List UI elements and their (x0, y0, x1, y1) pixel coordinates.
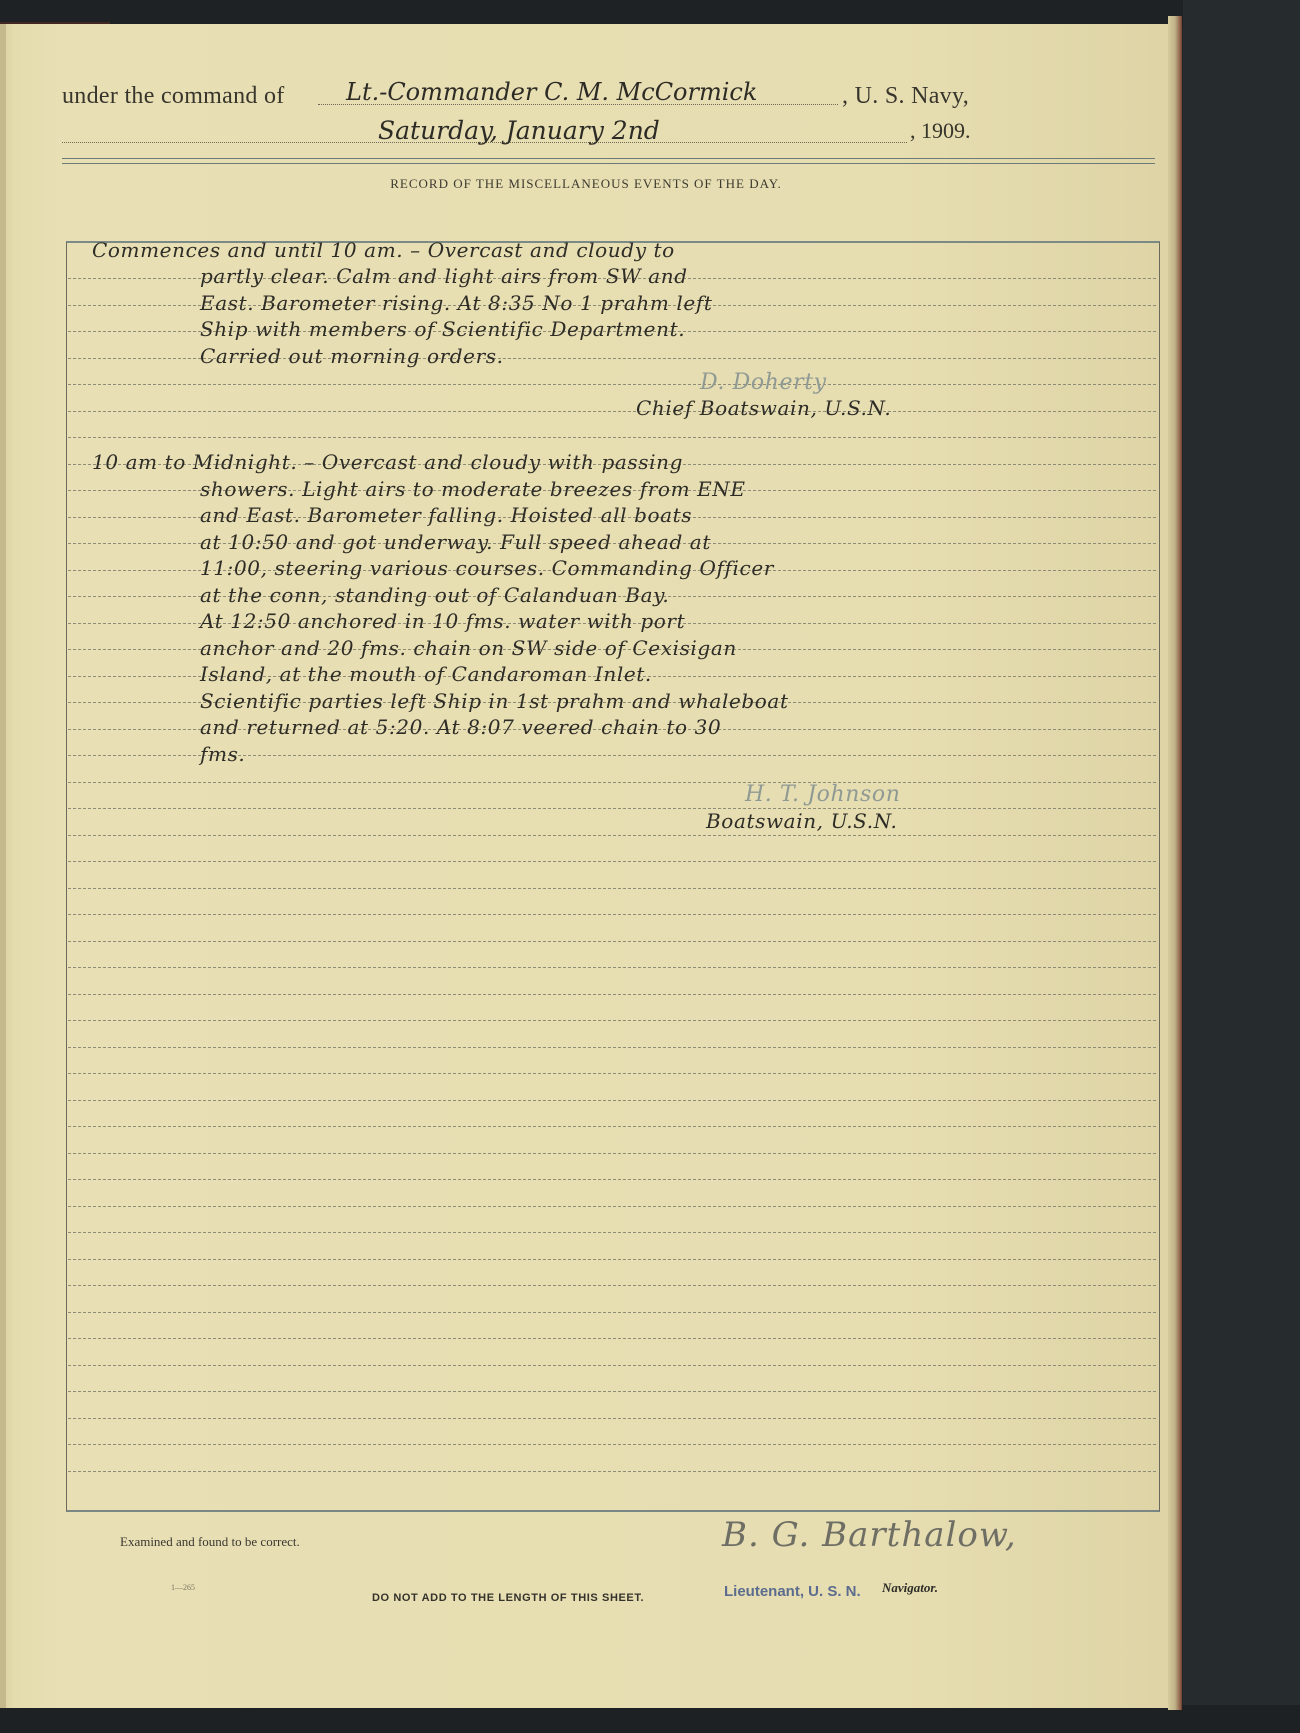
entry-2-line-4: at 10:50 and got underway. Full speed ah… (200, 530, 711, 554)
ruled-line (68, 437, 1156, 438)
entry-2-signature: H. T. Johnson (745, 782, 901, 807)
entry-2-line-9: Island, at the mouth of Candaroman Inlet… (200, 662, 652, 686)
ruled-line (68, 941, 1156, 942)
entry-2-line-5: 11:00, steering various courses. Command… (200, 556, 774, 580)
background-top (0, 0, 1300, 26)
ruled-line (68, 1418, 1156, 1419)
command-prefix: under the command of (62, 83, 285, 110)
entry-1-line-3: East. Barometer rising. At 8:35 No 1 pra… (200, 291, 712, 315)
entry-2-line-6: at the conn, standing out of Calanduan B… (200, 583, 669, 607)
ruled-line (68, 1153, 1156, 1154)
page-spine (0, 24, 6, 1708)
navigator-role: Navigator. (882, 1580, 938, 1596)
ruled-line (68, 1073, 1156, 1074)
entry-2-line-3: and East. Barometer falling. Hoisted all… (200, 503, 692, 527)
entry-1-signature: D. Doherty (700, 370, 827, 395)
ruled-line (68, 1312, 1156, 1313)
ruled-line (68, 1259, 1156, 1260)
ruled-line (68, 411, 1156, 412)
ruled-line (68, 384, 1156, 385)
ruled-line (68, 1285, 1156, 1286)
ruled-line (68, 861, 1156, 862)
events-box (66, 241, 1160, 1512)
entry-1-line-2: partly clear. Calm and light airs from S… (200, 264, 688, 288)
ruled-line (68, 1126, 1156, 1127)
entry-2-line-11: and returned at 5:20. At 8:07 veered cha… (200, 715, 721, 739)
section-title: RECORD OF THE MISCELLANEOUS EVENTS OF TH… (0, 176, 1172, 192)
entry-2-line-8: anchor and 20 fms. chain on SW side of C… (200, 636, 737, 660)
ruled-line (68, 967, 1156, 968)
ruled-line (68, 1338, 1156, 1339)
ruled-line (68, 782, 1156, 783)
ruled-line (68, 914, 1156, 915)
ruled-line (68, 888, 1156, 889)
rank-stamp: Lieutenant, U. S. N. (724, 1583, 861, 1600)
ruled-line (68, 1391, 1156, 1392)
form-number: 1—265 (171, 1583, 195, 1592)
navigator-signature: B. G. Barthalow, (722, 1515, 1017, 1555)
entry-2-signer-title: Boatswain, U.S.N. (706, 809, 898, 833)
commander-name: Lt.-Commander C. M. McCormick (346, 78, 757, 106)
ruled-line (68, 1100, 1156, 1101)
header-double-rule (62, 158, 1155, 164)
page-edge (1168, 16, 1182, 1710)
entry-2-line-7: At 12:50 anchored in 10 fms. water with … (200, 609, 685, 633)
ruled-line (68, 994, 1156, 995)
entry-2-line-1: 10 am to Midnight. – Overcast and cloudy… (92, 450, 683, 474)
ruled-line (68, 1020, 1156, 1021)
length-notice: DO NOT ADD TO THE LENGTH OF THIS SHEET. (372, 1592, 644, 1604)
navy-suffix: , U. S. Navy, (842, 83, 969, 110)
date-handwritten: Saturday, January 2nd (378, 116, 660, 145)
entry-2-line-12: fms. (200, 742, 245, 766)
ruled-line (68, 1047, 1156, 1048)
ruled-line (68, 1365, 1156, 1366)
background-bottom (0, 1705, 1300, 1733)
ruled-line (68, 1444, 1156, 1445)
entry-2-line-2: showers. Light airs to moderate breezes … (200, 477, 746, 501)
ruled-line (68, 1471, 1156, 1472)
ruled-line (68, 1206, 1156, 1207)
entry-1-line-4: Ship with members of Scientific Departme… (200, 317, 685, 341)
entry-1-line-5: Carried out morning orders. (200, 344, 504, 368)
ruled-line (68, 1232, 1156, 1233)
background-right (1183, 0, 1300, 1733)
ruled-line (68, 835, 1156, 836)
entry-1-line-1: Commences and until 10 am. – Overcast an… (92, 238, 675, 262)
examined-statement: Examined and found to be correct. (120, 1534, 300, 1550)
entry-1-signer-title: Chief Boatswain, U.S.N. (636, 396, 891, 420)
year: , 1909. (910, 118, 971, 144)
ruled-line (68, 1179, 1156, 1180)
ruled-line (68, 808, 1156, 809)
entry-2-line-10: Scientific parties left Ship in 1st prah… (200, 689, 789, 713)
